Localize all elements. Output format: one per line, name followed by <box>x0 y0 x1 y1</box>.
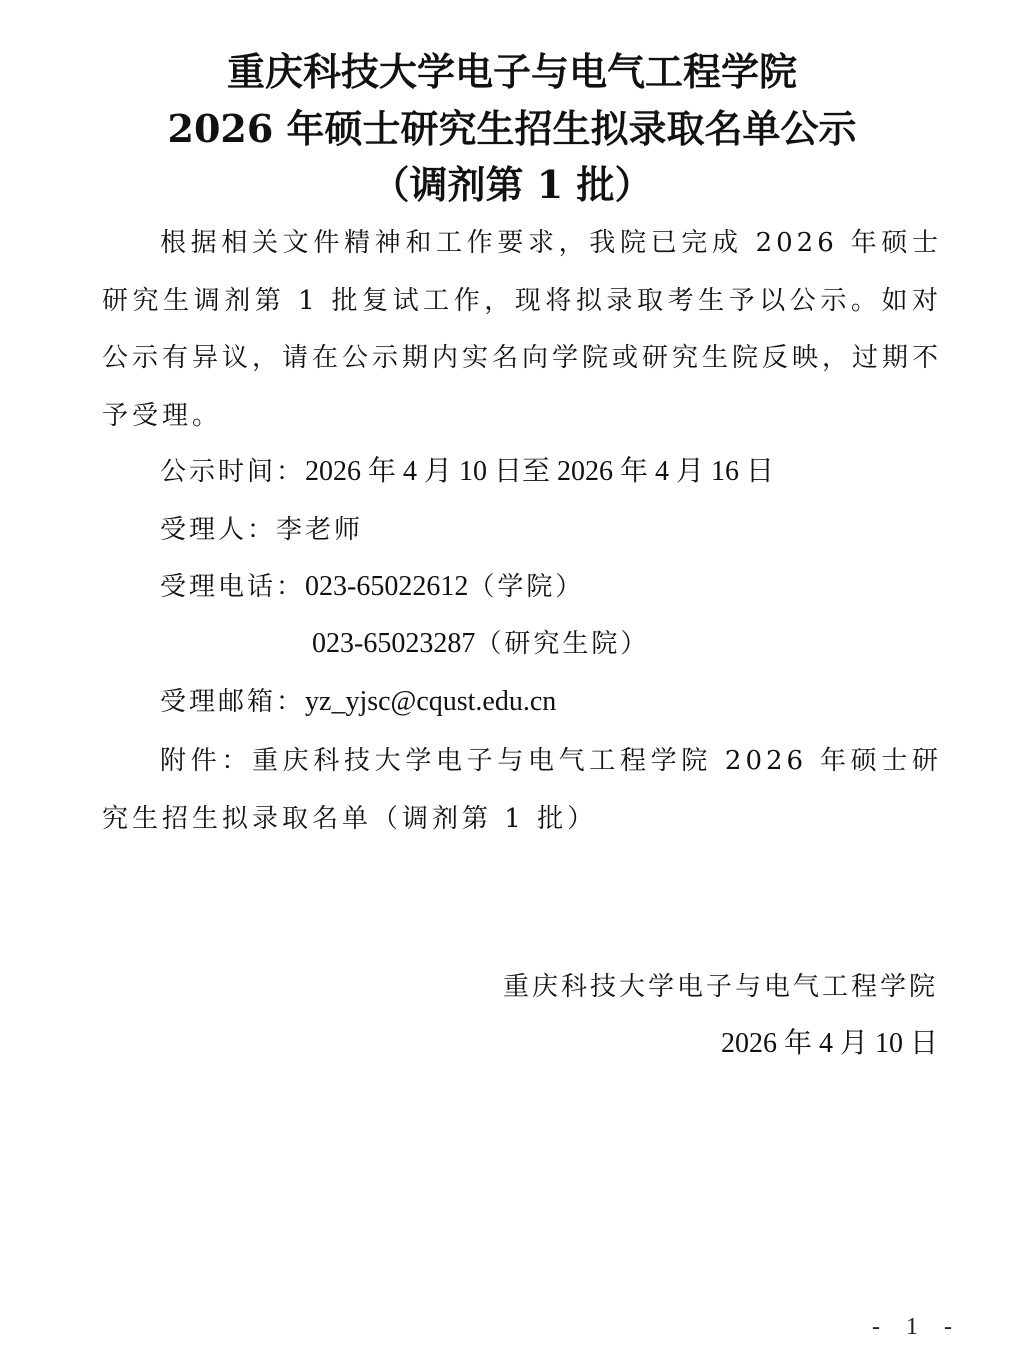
attachment-note: 附件：重庆科技大学电子与电气工程学院 2026 年硕士研究生招生拟录取名单（调剂… <box>102 733 942 848</box>
page-number: - 1 - <box>872 1312 962 1342</box>
phone-number-college: 023-65022612 <box>305 571 468 602</box>
contact-email: 受理邮箱：yz_yjsc@cqust.edu.cn <box>160 682 556 722</box>
title-institution: 重庆科技大学电子与电气工程学院 <box>0 43 1024 101</box>
contact-email-label: 受理邮箱： <box>160 687 305 717</box>
document-page: 重庆科技大学电子与电气工程学院 2026 年硕士研究生招生拟录取名单公示 （调剂… <box>0 0 1024 1365</box>
publicity-period: 公示时间：2026 年 4 月 10 日至 2026 年 4 月 16 日 <box>160 452 774 492</box>
phone-number-graduate-school: 023-65023287 <box>312 628 475 659</box>
contact-person: 受理人：李老师 <box>160 510 363 550</box>
title-batch: （调剂第 1 批） <box>0 156 1024 214</box>
contact-phone-college: 受理电话：023-65022612（学院） <box>160 567 584 607</box>
signature-date: 2026 年 4 月 10 日 <box>721 1024 938 1064</box>
intro-section: 根据相关文件精神和工作要求，我院已完成 2026 年硕士研究生调剂第 1 批复试… <box>102 215 942 445</box>
attachment-section: 附件：重庆科技大学电子与电气工程学院 2026 年硕士研究生招生拟录取名单（调剂… <box>102 733 942 848</box>
contact-person-label: 受理人： <box>160 515 276 545</box>
title-main: 2026 年硕士研究生招生拟录取名单公示 <box>0 100 1024 158</box>
publicity-period-label: 公示时间： <box>160 457 305 487</box>
signature-date-value: 2026 年 4 月 10 日 <box>721 1028 938 1059</box>
phone-dept-graduate-school: （研究生院） <box>475 629 649 659</box>
publicity-period-value: 2026 年 4 月 10 日至 2026 年 4 月 16 日 <box>305 456 774 487</box>
phone-dept-college: （学院） <box>468 572 584 602</box>
contact-person-value: 李老师 <box>276 515 363 545</box>
contact-email-value: yz_yjsc@cqust.edu.cn <box>305 686 556 717</box>
signature-organization: 重庆科技大学电子与电气工程学院 <box>503 967 938 1007</box>
intro-paragraph: 根据相关文件精神和工作要求，我院已完成 2026 年硕士研究生调剂第 1 批复试… <box>102 215 942 445</box>
contact-phone-graduate-school: 023-65023287（研究生院） <box>312 624 649 664</box>
contact-phone-label: 受理电话： <box>160 572 305 602</box>
